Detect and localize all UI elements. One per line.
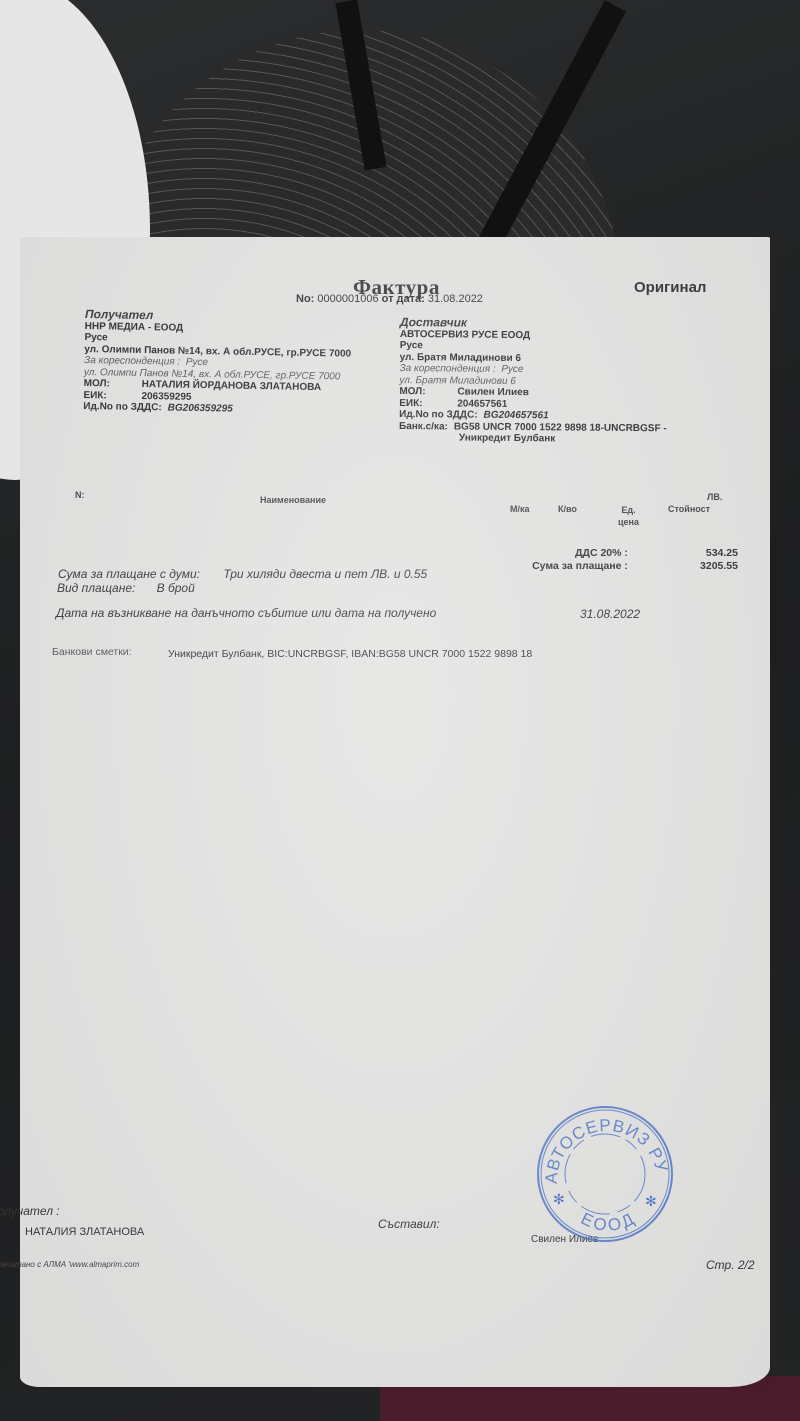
tax-event-row: Дата на възникване на данъчното събитие … <box>56 606 436 620</box>
bank-label: Банк.с/ка: <box>399 420 448 432</box>
eik-label: ЕИК: <box>83 389 141 402</box>
correspondence-city: Русе <box>501 364 523 375</box>
unit-price-line2: цена <box>618 516 639 528</box>
vat-label: Ид.No по ЗДДС: <box>83 401 162 414</box>
stamp-icon: АВТОСЕРВИЗ РУСЕ ЕООД ✻ ✻ <box>535 1104 675 1244</box>
amount-due-value: 3205.55 <box>682 560 738 573</box>
payment-method-value: В брой <box>157 581 195 595</box>
unit-price-line1: Ед. <box>618 504 639 516</box>
invoice-sheet: Фактура Оригинал No: 0000001006 от дата:… <box>20 237 770 1387</box>
stamp-top-text: АВТОСЕРВИЗ РУСЕ <box>535 1104 671 1184</box>
payment-method-row: Вид плащане: В брой <box>57 581 195 595</box>
eik-label: ЕИК: <box>399 397 457 409</box>
supplier-vat: BG204657561 <box>484 410 549 422</box>
number-label: No: <box>296 293 314 305</box>
svg-text:АВТОСЕРВИЗ РУСЕ: АВТОСЕРВИЗ РУСЕ <box>535 1104 671 1184</box>
received-by-label: олучател : <box>0 1204 60 1218</box>
bank-accounts-label: Банкови сметки: <box>52 646 132 658</box>
supplier-eik: 204657561 <box>457 398 507 409</box>
tax-event-label: Дата на възникване на данъчното събитие … <box>56 606 436 620</box>
page-number: Стр. 2/2 <box>706 1258 755 1272</box>
correspondence-city: Русе <box>186 357 208 368</box>
printed-with: печатано с АЛМА 'www.almaprim.com <box>0 1260 139 1269</box>
amount-in-words-row: Сума за плащане с думи: Три хиляди двест… <box>58 567 427 581</box>
col-value: Стойност <box>668 504 710 514</box>
bank-accounts-value: Уникредит Булбанк, BIC:UNCRBGSF, IBAN:BG… <box>168 648 532 660</box>
stamp-bottom-text: ЕООД <box>578 1208 640 1235</box>
recipient-eik: 206359295 <box>141 390 191 402</box>
recipient-block: Получател ННР МЕДИА - ЕООД Русе ул. Олим… <box>83 309 352 417</box>
supplier-bank-name: Уникредит Булбанк <box>399 432 667 446</box>
received-by-name: НАТАЛИЯ ЗЛАТАНОВА <box>25 1226 144 1238</box>
recipient-vat: BG206359295 <box>168 402 233 414</box>
col-quantity: К/во <box>558 504 577 514</box>
mol-label: МОЛ: <box>399 386 457 398</box>
correspondence-label: За кореспонденция : <box>400 363 496 375</box>
vat-total-value: 534.25 <box>682 547 738 560</box>
tax-event-date: 31.08.2022 <box>580 607 640 621</box>
copy-label: Оригинал <box>634 279 706 296</box>
amount-in-words-label: Сума за плащане с думи: <box>58 567 200 581</box>
payment-method-label: Вид плащане: <box>57 581 135 595</box>
mol-label: МОЛ: <box>84 378 142 391</box>
vat-total-label: ДДС 20% : <box>575 547 628 560</box>
invoice-number: 0000001006 <box>317 293 378 305</box>
composed-by-label: Съставил: <box>378 1217 440 1231</box>
amount-in-words-value: Три хиляди двеста и пет ЛВ. и 0.55 <box>223 567 427 581</box>
date-label: от дата: <box>382 293 425 305</box>
invoice-date: 31.08.2022 <box>428 293 483 305</box>
totals-values: 534.25 3205.55 <box>682 547 738 573</box>
col-number: N: <box>75 490 85 500</box>
correspondence-label: За кореспонденция : <box>84 355 180 368</box>
supplier-block: Доставчик АВТОСЕРВИЗ РУСЕ ЕООД Русе ул. … <box>399 317 668 446</box>
svg-text:✻: ✻ <box>553 1192 565 1208</box>
svg-text:ЕООД: ЕООД <box>578 1208 640 1235</box>
svg-text:✻: ✻ <box>645 1194 657 1210</box>
col-currency: ЛВ. <box>707 492 722 502</box>
totals-labels: ДДС 20% : Сума за плащане : <box>575 547 628 573</box>
col-unit-price: Ед. цена <box>618 504 639 528</box>
amount-due-label: Сума за плащане : <box>528 560 628 573</box>
col-unit: М/ка <box>510 504 530 514</box>
vat-label: Ид.No по ЗДДС: <box>399 409 478 421</box>
company-stamp: АВТОСЕРВИЗ РУСЕ ЕООД ✻ ✻ <box>535 1104 675 1244</box>
col-name: Наименование <box>260 495 326 505</box>
invoice-number-line: No: 0000001006 от дата: 31.08.2022 <box>296 293 483 305</box>
supplier-mol: Свилен Илиев <box>457 387 529 399</box>
